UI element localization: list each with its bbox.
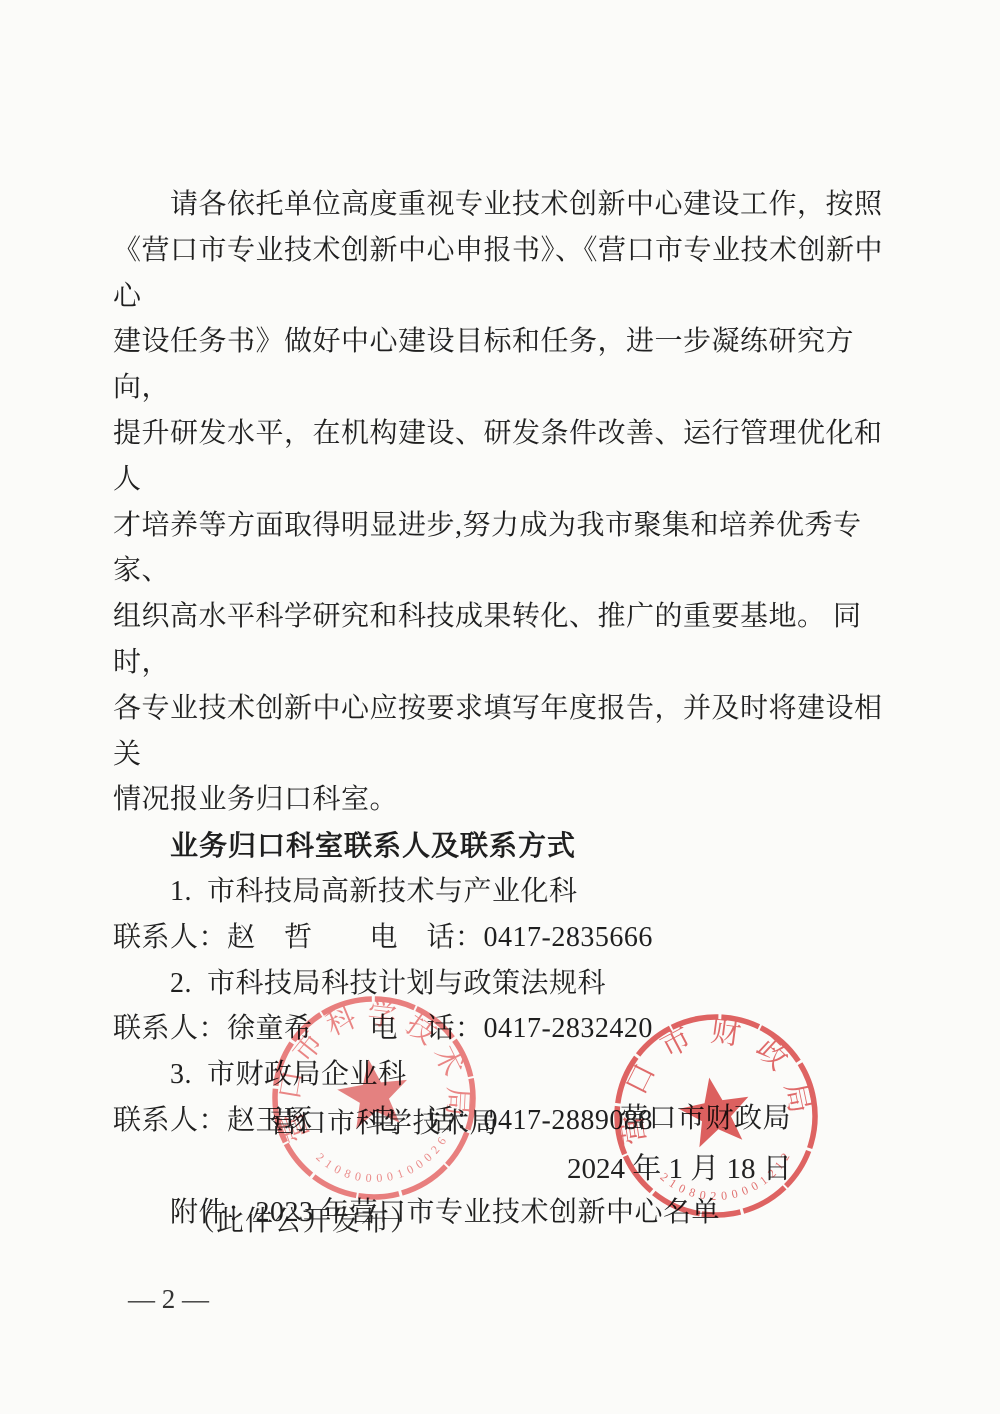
paragraph-line: 《营口市专业技术创新中心申报书》、《营口市专业技术创新中心 <box>113 228 897 320</box>
seal-serial-number: 21080000100026 <box>312 1132 453 1193</box>
document-page: 请各依托单位高度重视专业技术创新中心建设工作，按照 《营口市专业技术创新中心申报… <box>0 0 1000 1414</box>
paragraph-line: 提升研发水平，在机构建设、研发条件改善、运行管理优化和人 <box>113 411 897 503</box>
paragraph-line: 组织高水平科学研究和科技成果转化、推广的重要基地。 同时， <box>113 594 897 686</box>
seal-star-icon <box>334 1054 413 1130</box>
official-seal-finance-bureau: 营口市财政局 21080200001212 <box>589 989 844 1244</box>
contact-department: 1. 市科技局高新技术与产业化科 <box>113 869 897 915</box>
paragraph-line: 建设任务书》做好中心建设目标和任务，进一步凝练研究方向， <box>113 319 897 411</box>
paragraph-line: 各专业技术创新中心应按要求填写年度报告，并及时将建设相关 <box>113 686 897 778</box>
paragraph-line: 情况报业务归口科室。 <box>113 777 897 823</box>
contact-info: 联系人：赵 哲 电 话：0417-2835666 <box>113 915 897 961</box>
svg-text:21080200001212: 21080200001212 <box>656 1148 798 1214</box>
section-heading: 业务归口科室联系人及联系方式 <box>113 823 897 869</box>
page-number: — 2 — <box>128 1284 209 1315</box>
main-paragraph: 请各依托单位高度重视专业技术创新中心建设工作，按照 《营口市专业技术创新中心申报… <box>113 182 897 823</box>
official-seal-science-tech-bureau: 营口市科学技术局 21080000100026 <box>250 974 498 1222</box>
seal-star-icon <box>675 1071 756 1149</box>
svg-text:21080000100026: 21080000100026 <box>312 1132 453 1193</box>
seal-serial-number: 21080200001212 <box>656 1148 798 1214</box>
paragraph-line: 请各依托单位高度重视专业技术创新中心建设工作，按照 <box>113 182 897 228</box>
paragraph-line: 才培养等方面取得明显进步,努力成为我市聚集和培养优秀专家、 <box>113 503 897 595</box>
